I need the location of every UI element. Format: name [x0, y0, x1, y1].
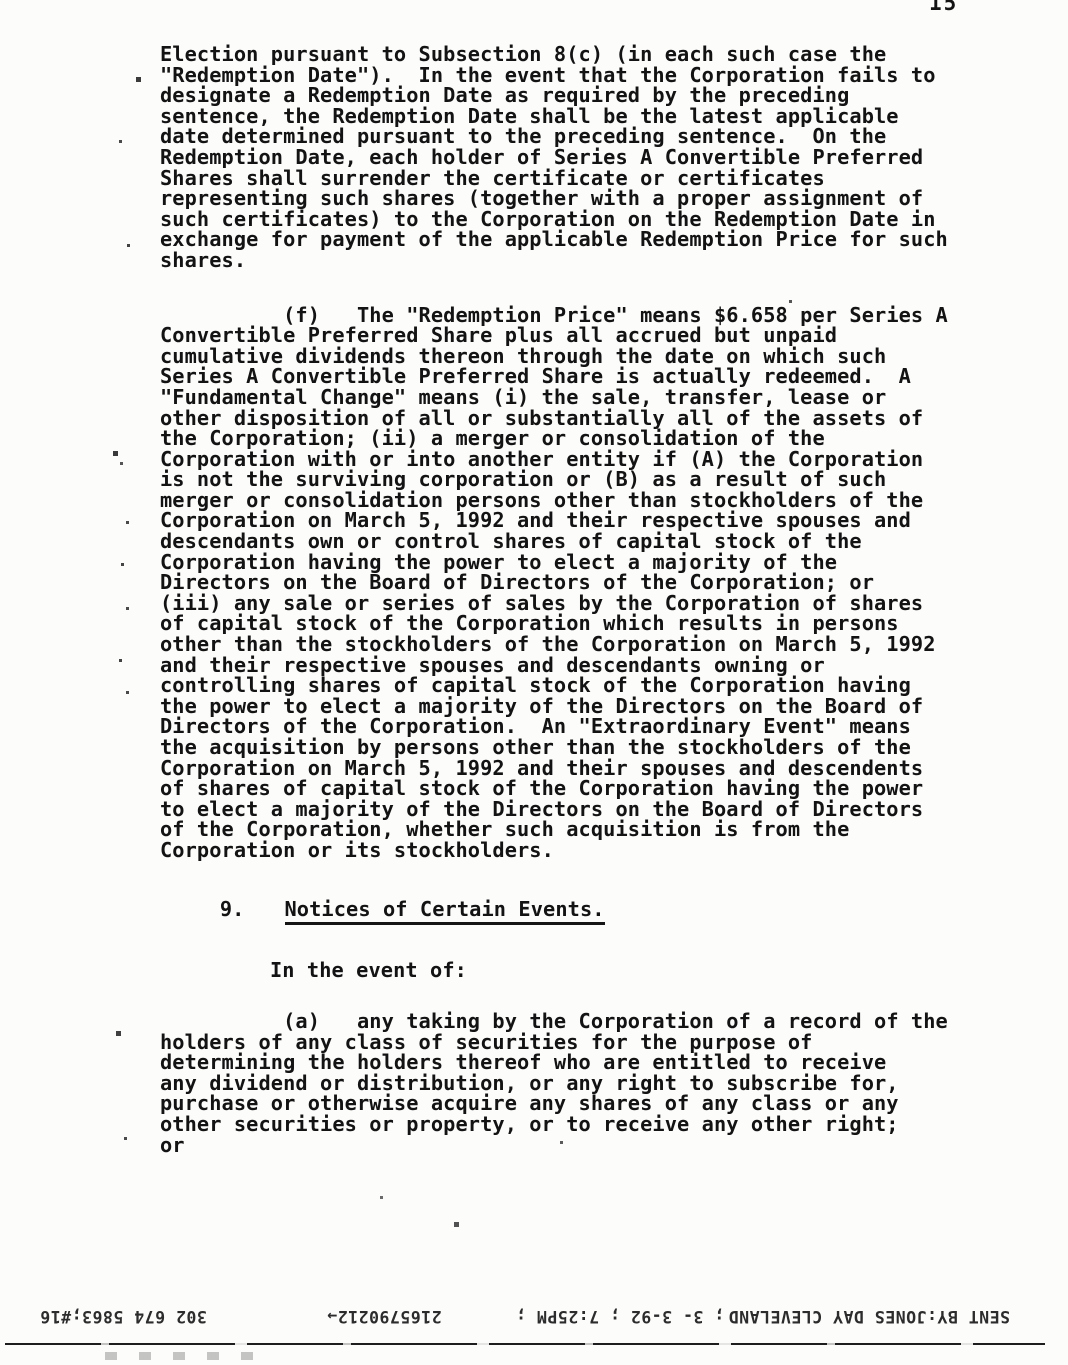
- fax-transmission-header-rotated: SENT BY:JONES DAY CLEVELAND ; 3- 3-92 ; …: [58, 1305, 1010, 1327]
- paragraph-f-redemption-price-definition: (f) The "Redemption Price" means $6.658 …: [160, 305, 992, 861]
- document-body: Election pursuant to Subsection 8(c) (in…: [160, 44, 992, 1155]
- scanned-fax-document-page: 15 Election pursuant to Subsection 8(c) …: [0, 0, 1068, 1365]
- scan-speckle-artifacts: [0, 0, 3, 3]
- paragraph-redemption-procedure: Election pursuant to Subsection 8(c) (in…: [160, 44, 992, 271]
- fax-sent-by-label: SENT BY:JONES DAY CLEVELAND: [728, 1305, 1010, 1327]
- section-9-heading: 9.Notices of Certain Events.: [146, 879, 992, 941]
- fax-date-time: ; 3- 3-92 ; 7:25PM ;: [516, 1305, 725, 1327]
- paragraph-a-record-of-holders: (a) any taking by the Corporation of a r…: [160, 1011, 992, 1155]
- section-9-number: 9.: [220, 897, 245, 921]
- bottom-scan-smudge: [105, 1352, 255, 1360]
- section-9-title: Notices of Certain Events.: [285, 897, 605, 925]
- page-number: 15: [929, 0, 958, 15]
- fax-recipient-number-page: 302 674 5863;#16: [40, 1305, 207, 1327]
- bottom-scan-edge-line: [5, 1343, 1045, 1345]
- fax-sender-number: 2165790212→: [327, 1305, 442, 1327]
- in-the-event-of-line: In the event of:: [270, 960, 992, 981]
